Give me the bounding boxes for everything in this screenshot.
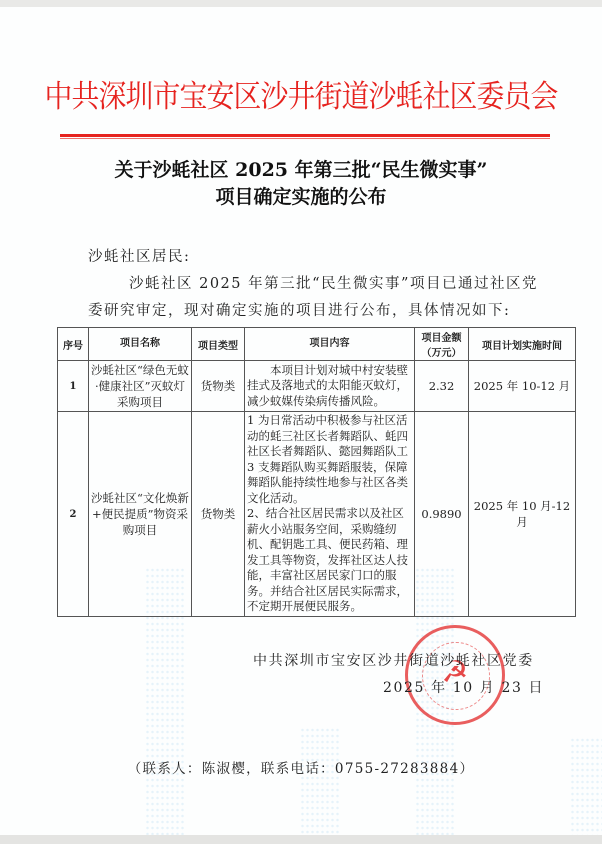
signature-date: 2025 年 10 月 23 日: [383, 677, 544, 697]
cell-content: 1 为日常活动中积极参与社区活动的蚝三社区长者舞蹈队、蚝四社区长者舞蹈队、懿园舞…: [245, 412, 415, 617]
document-title-line1: 关于沙蚝社区 2025 年第三批“民生微实事”: [0, 155, 602, 182]
cell-no: 2: [58, 412, 89, 617]
header-amount: 项目金额 （万元）: [415, 328, 469, 361]
letterhead-org-name: 中共深圳市宝安区沙井街道沙蚝社区委员会: [30, 71, 572, 116]
cell-name: 沙蚝社区“绿色无蚊·健康社区”灭蚊灯采购项目: [89, 361, 192, 412]
header-type: 项目类型: [192, 328, 245, 361]
official-seal: ☭: [405, 625, 505, 725]
cell-time: 2025 年 10 月-12 月: [469, 412, 576, 617]
cell-content-part2: 2、结合社区居民需求以及社区薪火小站服务空间，采购缝纫机、配钥匙工具、便民药箱、…: [247, 506, 412, 615]
scan-artifact: [570, 737, 602, 837]
header-amount-line2: （万元）: [417, 344, 466, 359]
header-time: 项目计划实施时间: [469, 328, 576, 361]
contact-info: （联系人：陈淑樱，联系电话：0755-27283884）: [0, 757, 602, 777]
header-amount-line1: 项目金额: [417, 329, 466, 344]
letterhead-rule-thin: [60, 138, 550, 139]
table-row: 1 沙蚝社区“绿色无蚊·健康社区”灭蚊灯采购项目 货物类 本项目计划对城中村安装…: [58, 361, 576, 412]
letterhead-rule: [60, 134, 550, 137]
cell-time: 2025 年 10-12 月: [469, 361, 576, 412]
body-paragraph-line2: 委研究审定，现对确定实施的项目进行公布，具体情况如下:: [88, 299, 510, 320]
salutation: 沙蚝社区居民:: [88, 245, 190, 266]
header-no: 序号: [58, 328, 89, 361]
cell-content: 本项目计划对城中村安装壁挂式及落地式的太阳能灭蚊灯，减少蚊媒传染病传播风险。: [245, 361, 415, 412]
header-content: 项目内容: [245, 328, 415, 361]
cell-amount: 2.32: [415, 361, 469, 412]
cell-no: 1: [58, 361, 89, 412]
cell-type: 货物类: [192, 412, 245, 617]
body-paragraph-line1: 沙蚝社区 2025 年第三批“民生微实事”项目已通过社区党: [129, 272, 538, 293]
table-header-row: 序号 项目名称 项目类型 项目内容 项目金额 （万元） 项目计划实施时间: [58, 328, 576, 361]
table-row: 2 沙蚝社区“文化焕新+便民提质”物资采购项目 货物类 1 为日常活动中积极参与…: [58, 412, 576, 617]
document-title-line2: 项目确定实施的公布: [0, 182, 602, 209]
document-page: 中共深圳市宝安区沙井街道沙蚝社区委员会 关于沙蚝社区 2025 年第三批“民生微…: [0, 7, 602, 835]
signature-org: 中共深圳市宝安区沙井街道沙蚝社区党委: [253, 650, 534, 670]
viewer-bottom-bar: [0, 835, 602, 844]
cell-content-part1: 1 为日常活动中积极参与社区活动的蚝三社区长者舞蹈队、蚝四社区长者舞蹈队、懿园舞…: [247, 413, 412, 506]
cell-type: 货物类: [192, 361, 245, 412]
scan-artifact: [300, 727, 340, 837]
cell-amount: 0.9890: [415, 412, 469, 617]
header-name: 项目名称: [89, 328, 192, 361]
cell-name: 沙蚝社区“文化焕新+便民提质”物资采购项目: [89, 412, 192, 617]
projects-table: 序号 项目名称 项目类型 项目内容 项目金额 （万元） 项目计划实施时间 1 沙…: [57, 327, 576, 617]
